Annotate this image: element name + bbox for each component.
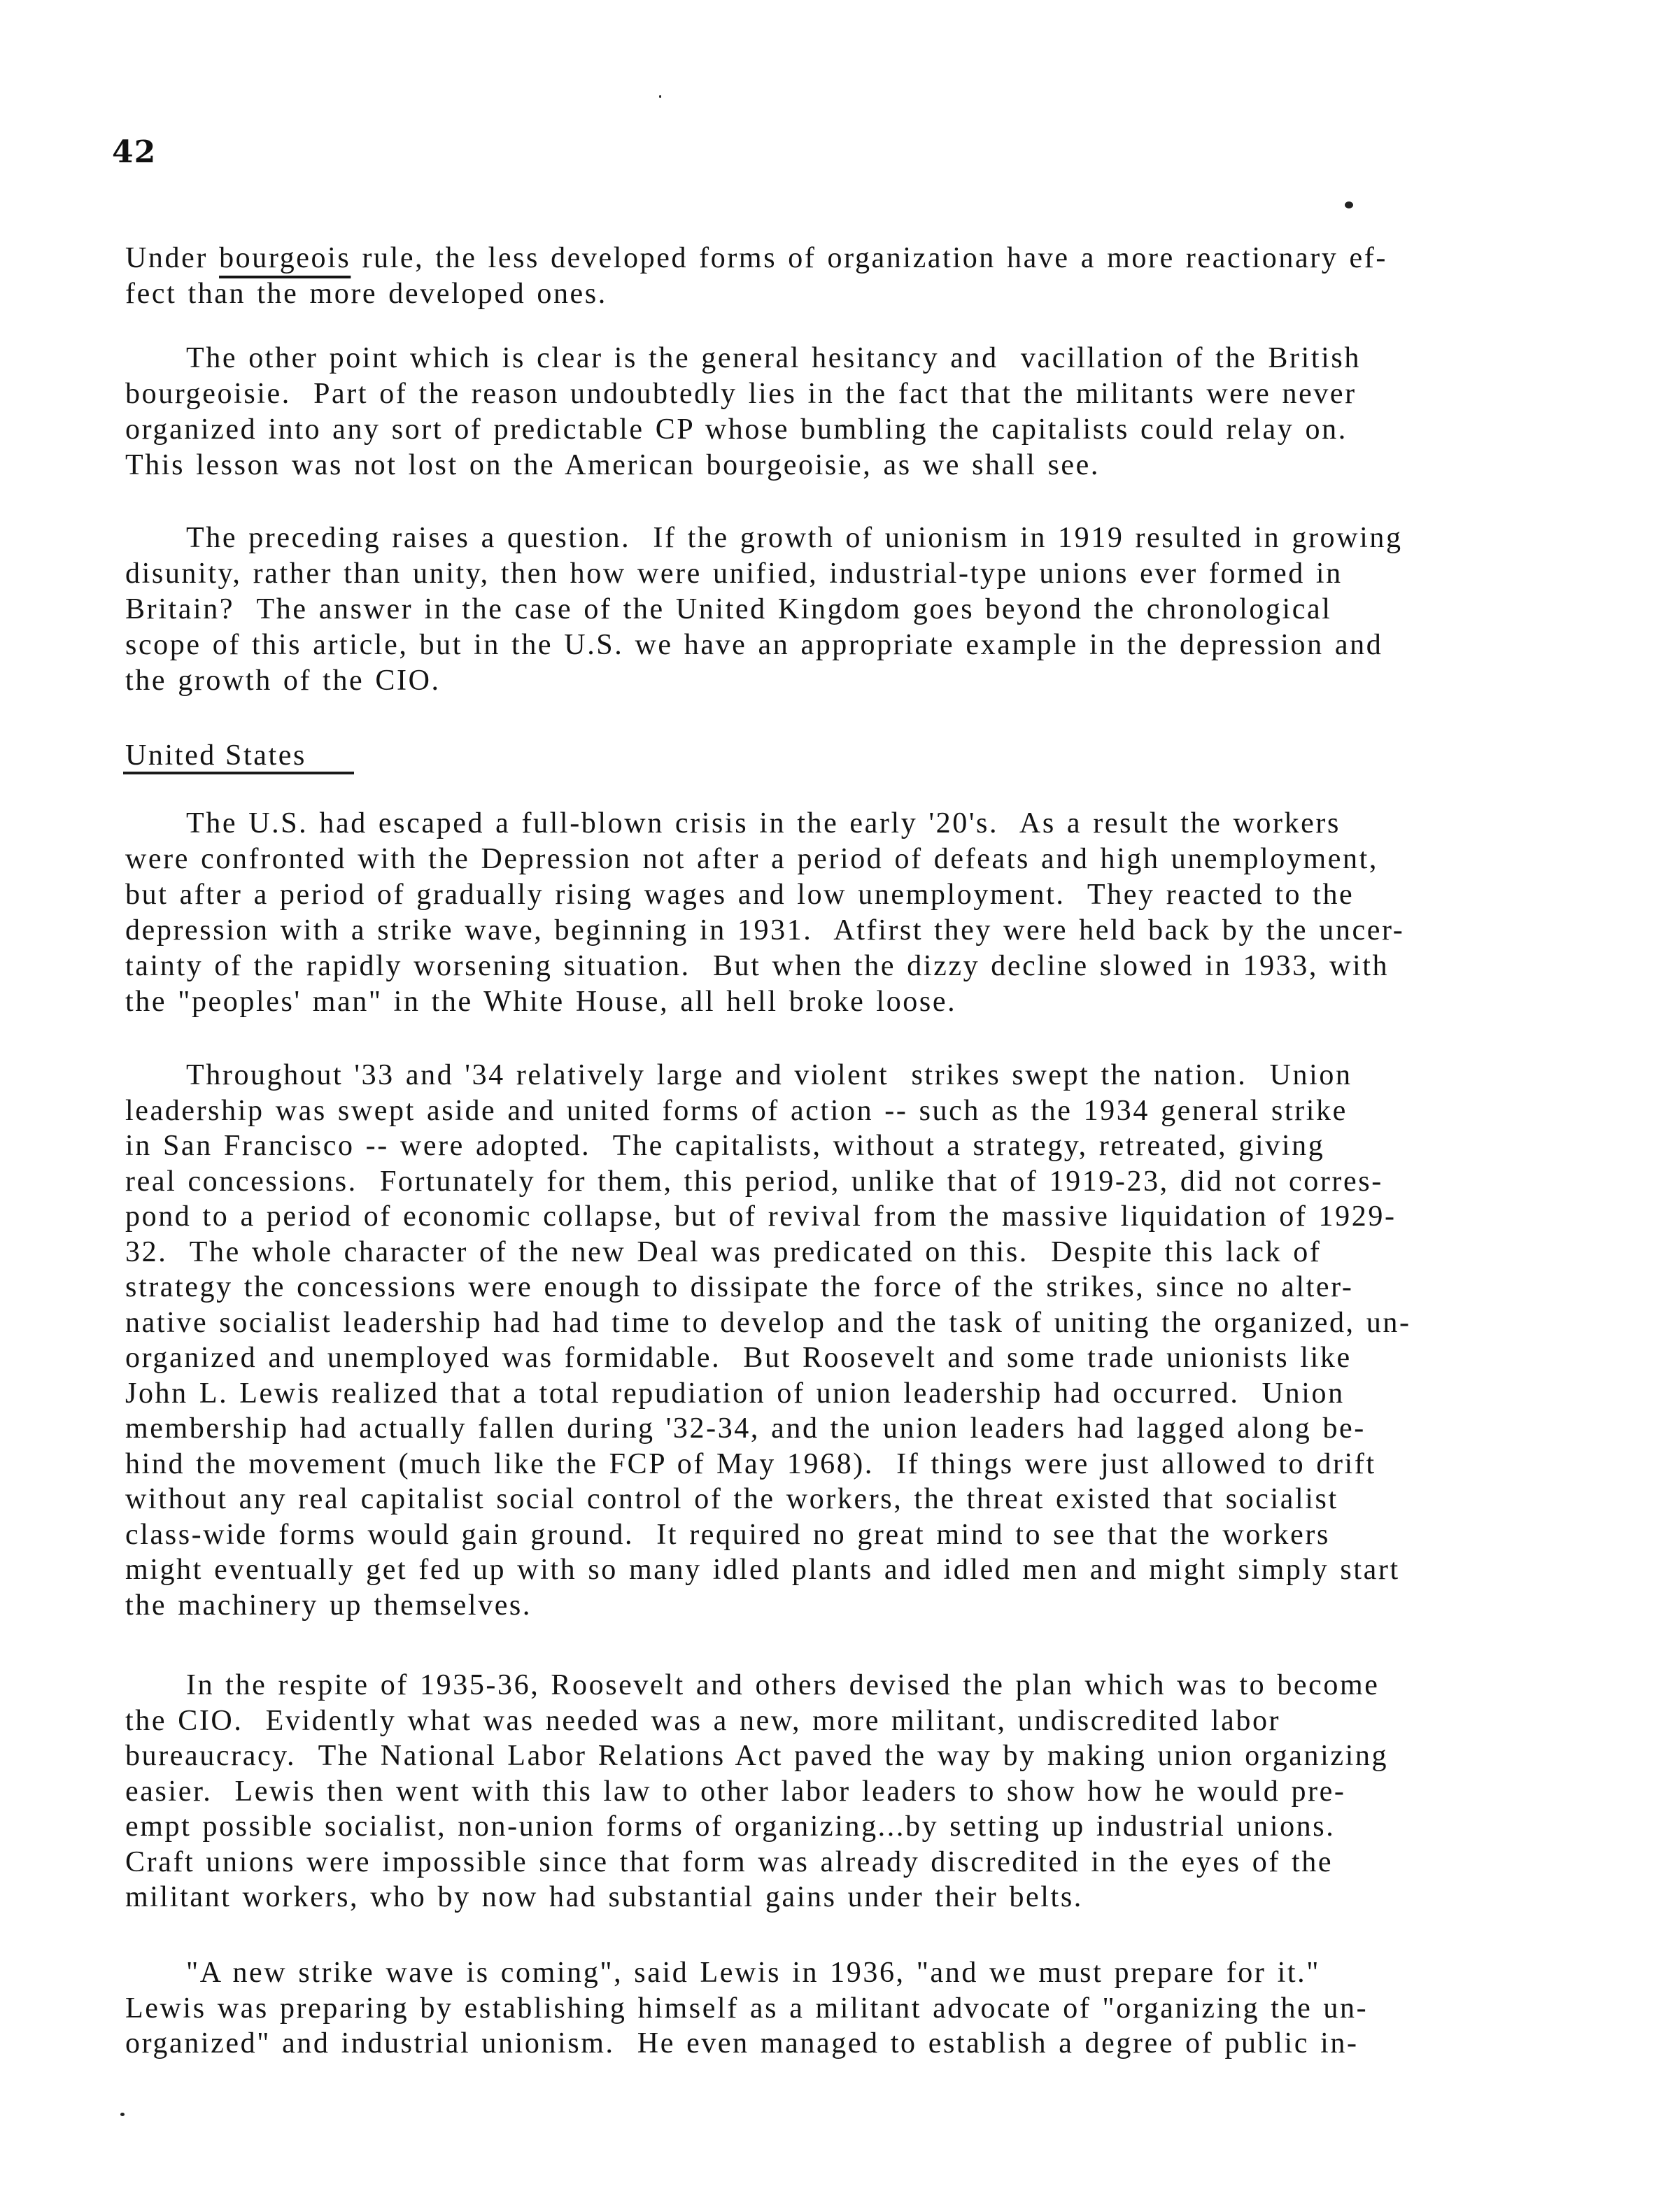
paragraph-line: easier. Lewis then went with this law to… bbox=[125, 1774, 1623, 1810]
paragraph-line: organized and unemployed was formidable.… bbox=[125, 1340, 1623, 1376]
paragraph-line: the machinery up themselves. bbox=[125, 1588, 1623, 1624]
section-heading: United States bbox=[125, 738, 306, 774]
document-page: 42 Under bourgeois rule, the less develo… bbox=[0, 0, 1675, 2212]
paragraph-line: the CIO. Evidently what was needed was a… bbox=[125, 1703, 1623, 1739]
paragraph-line: membership had actually fallen during '3… bbox=[125, 1411, 1623, 1447]
paragraph-line: Britain? The answer in the case of the U… bbox=[125, 592, 1623, 628]
page-number: 42 bbox=[112, 137, 156, 168]
paragraph-line: class-wide forms would gain ground. It r… bbox=[125, 1517, 1623, 1553]
paragraph-line: The preceding raises a question. If the … bbox=[125, 520, 1623, 556]
underlined-word: bourgeois bbox=[219, 242, 351, 274]
paragraph-line: the "peoples' man" in the White House, a… bbox=[125, 984, 1623, 1020]
paragraph-3: The preceding raises a question. If the … bbox=[125, 520, 1623, 699]
paragraph-line: Lewis was preparing by establishing hims… bbox=[125, 1991, 1623, 2027]
paragraph-line: native socialist leadership had had time… bbox=[125, 1305, 1623, 1341]
text-run: rule, the less developed forms of organi… bbox=[351, 242, 1387, 274]
paragraph-line: Throughout '33 and '34 relatively large … bbox=[125, 1058, 1623, 1093]
paragraph-line: bourgeoisie. Part of the reason undoubte… bbox=[125, 376, 1623, 412]
paragraph-line: organized" and industrial unionism. He e… bbox=[125, 2026, 1623, 2062]
paragraph-line: disunity, rather than unity, then how we… bbox=[125, 556, 1623, 592]
paragraph-line: bureaucracy. The National Labor Relation… bbox=[125, 1738, 1623, 1774]
paragraph-line: pond to a period of economic collapse, b… bbox=[125, 1199, 1623, 1235]
paragraph-5: Throughout '33 and '34 relatively large … bbox=[125, 1058, 1623, 1623]
paragraph-6: In the respite of 1935-36, Roosevelt and… bbox=[125, 1668, 1623, 1915]
paragraph-line: In the respite of 1935-36, Roosevelt and… bbox=[125, 1668, 1623, 1703]
paragraph-line: The U.S. had escaped a full-blown crisis… bbox=[125, 806, 1623, 842]
paragraph-line: The other point which is clear is the ge… bbox=[125, 341, 1623, 376]
paragraph-line: empt possible socialist, non-union forms… bbox=[125, 1809, 1623, 1845]
paragraph-line: real concessions. Fortunately for them, … bbox=[125, 1164, 1623, 1200]
paragraph-line: fect than the more developed ones. bbox=[125, 276, 1623, 312]
paragraph-line: the growth of the CIO. bbox=[125, 663, 1623, 699]
paragraph-4: The U.S. had escaped a full-blown crisis… bbox=[125, 806, 1623, 1020]
paragraph-1: Under bourgeois rule, the less developed… bbox=[125, 241, 1623, 312]
paragraph-line: were confronted with the Depression not … bbox=[125, 842, 1623, 877]
paragraph-line: hind the movement (much like the FCP of … bbox=[125, 1447, 1623, 1482]
paragraph-line: might eventually get fed up with so many… bbox=[125, 1552, 1623, 1588]
paragraph-line: strategy the concessions were enough to … bbox=[125, 1270, 1623, 1305]
paragraph-line: scope of this article, but in the U.S. w… bbox=[125, 628, 1623, 663]
text-run: Under bbox=[125, 242, 219, 274]
scan-speck bbox=[1345, 201, 1353, 208]
paragraph-line: John L. Lewis realized that a total repu… bbox=[125, 1376, 1623, 1412]
paragraph-line: in San Francisco -- were adopted. The ca… bbox=[125, 1128, 1623, 1164]
paragraph-2: The other point which is clear is the ge… bbox=[125, 341, 1623, 483]
paragraph-line: 32. The whole character of the new Deal … bbox=[125, 1235, 1623, 1270]
paragraph-line: depression with a strike wave, beginning… bbox=[125, 913, 1623, 949]
paragraph-line: organized into any sort of predictable C… bbox=[125, 412, 1623, 448]
paragraph-line: "A new strike wave is coming", said Lewi… bbox=[125, 1955, 1623, 1991]
paragraph-7: "A new strike wave is coming", said Lewi… bbox=[125, 1955, 1623, 2062]
heading-underline bbox=[123, 772, 354, 774]
paragraph-line: Craft unions were impossible since that … bbox=[125, 1845, 1623, 1880]
paragraph-line: but after a period of gradually rising w… bbox=[125, 877, 1623, 913]
paragraph-line: This lesson was not lost on the American… bbox=[125, 448, 1623, 483]
paragraph-line: leadership was swept aside and united fo… bbox=[125, 1093, 1623, 1129]
paragraph-line: Under bourgeois rule, the less developed… bbox=[125, 241, 1623, 276]
scan-speck bbox=[120, 2113, 125, 2116]
paragraph-line: tainty of the rapidly worsening situatio… bbox=[125, 949, 1623, 984]
paragraph-line: militant workers, who by now had substan… bbox=[125, 1880, 1623, 1915]
scan-speck bbox=[659, 95, 661, 98]
paragraph-line: without any real capitalist social contr… bbox=[125, 1482, 1623, 1517]
